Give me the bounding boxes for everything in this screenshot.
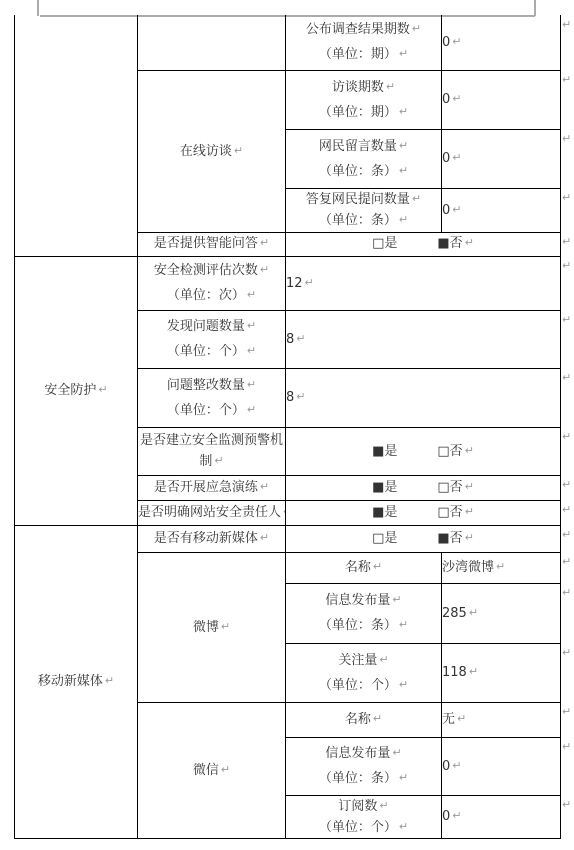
- paragraph-mark: ↵: [379, 799, 388, 812]
- paragraph-mark: ↵: [465, 531, 474, 544]
- field-label-cell: 名称↵: [286, 702, 442, 737]
- field-label: 信息发布量↵: [286, 588, 441, 613]
- field-unit: （单位：个）↵: [286, 673, 441, 698]
- paragraph-mark: ↵: [247, 319, 256, 332]
- field-label: 访谈期数↵: [286, 75, 441, 100]
- paragraph-mark: ↵: [452, 759, 461, 772]
- field-label: 是否开展应急演练↵: [154, 480, 269, 495]
- field-label: 是否有移动新媒体↵: [154, 531, 269, 546]
- field-unit: （单位：期）↵: [286, 42, 441, 67]
- field-label-cell: 是否建立安全监测预警机制↵: [138, 427, 286, 475]
- paragraph-mark: ↵: [496, 560, 505, 573]
- row-end-mark: ↵: [562, 740, 571, 753]
- value-text: 无↵: [442, 707, 560, 732]
- group-label: 微信↵: [138, 758, 285, 783]
- paragraph-mark: ↵: [452, 35, 461, 48]
- field-unit: （单位：个）↵: [286, 817, 441, 838]
- paragraph-mark: ↵: [452, 203, 461, 216]
- paragraph-mark: ↵: [247, 403, 256, 416]
- paragraph-mark: ↵: [399, 213, 408, 226]
- group-label: 在线访谈↵: [138, 139, 285, 164]
- paragraph-mark: ↵: [465, 444, 474, 457]
- field-label: 是否明确网站安全责任人↵: [138, 505, 286, 520]
- paragraph-mark: ↵: [296, 390, 305, 403]
- paragraph-mark: ↵: [465, 505, 474, 518]
- field-label-cell: 是否提供智能问答↵: [138, 232, 286, 256]
- checkbox-no: □否↵: [437, 505, 474, 520]
- paragraph-mark: ↵: [305, 276, 314, 289]
- table-row: 移动新媒体↵ 是否有移动新媒体↵ □是■否↵: [15, 525, 561, 552]
- paragraph-mark: ↵: [373, 560, 382, 573]
- row-end-mark: ↵: [562, 73, 571, 86]
- paragraph-mark: ↵: [399, 164, 408, 177]
- paragraph-mark: ↵: [98, 383, 107, 396]
- field-label-cell: 是否有移动新媒体↵: [138, 525, 286, 552]
- table-row: 安全防护↵ 安全检测评估次数↵ （单位：次）↵ 12↵: [15, 256, 561, 310]
- category-cell-mobile-media: 移动新媒体↵: [15, 525, 138, 838]
- value-cell: 无↵: [442, 702, 561, 737]
- value-text: 0↵: [442, 806, 560, 827]
- paragraph-mark: ↵: [296, 332, 305, 345]
- field-label: 名称↵: [345, 560, 382, 575]
- row-end-mark: ↵: [562, 18, 571, 31]
- value-cell: 0↵: [442, 15, 561, 70]
- checkbox-yes: ■是: [372, 480, 397, 495]
- value-text: 0↵: [442, 87, 560, 112]
- paragraph-mark: ↵: [465, 236, 474, 249]
- paragraph-mark: ↵: [469, 606, 478, 619]
- field-label-cell: 公布调查结果期数↵ （单位：期）↵: [286, 15, 442, 70]
- value-cell: 0↵: [442, 129, 561, 188]
- paragraph-mark: ↵: [399, 105, 408, 118]
- value-text: 285↵: [442, 601, 560, 626]
- value-text: 0↵: [442, 200, 560, 221]
- checkbox-no: □否↵: [437, 444, 474, 459]
- field-unit: （单位：次）↵: [138, 283, 285, 308]
- checkbox-cell: □是■否↵: [286, 525, 561, 552]
- field-unit: （单位：条）↵: [286, 766, 441, 791]
- group-cell-online-interview: 在线访谈↵: [138, 70, 286, 232]
- group-cell-empty: [138, 15, 286, 70]
- checkbox-cell: ■是□否↵: [286, 500, 561, 525]
- margin-crop-mark-left: [37, 0, 39, 16]
- row-end-mark: ↵: [562, 555, 571, 568]
- field-label: 关注量↵: [286, 648, 441, 673]
- paragraph-mark: ↵: [221, 763, 230, 776]
- paragraph-mark: ↵: [260, 263, 269, 276]
- paragraph-mark: ↵: [469, 665, 478, 678]
- paragraph-mark: ↵: [234, 144, 243, 157]
- value-cell: 8↵: [286, 310, 561, 368]
- value-text: 8↵: [286, 327, 560, 352]
- field-label: 答复网民提问数量↵: [286, 189, 441, 210]
- paragraph-mark: ↵: [452, 92, 461, 105]
- paragraph-mark: ↵: [399, 139, 408, 152]
- row-end-mark: ↵: [562, 646, 571, 659]
- field-unit: （单位：条）↵: [286, 210, 441, 231]
- row-end-mark: ↵: [562, 798, 571, 811]
- field-unit: （单位：个）↵: [138, 339, 285, 364]
- table-row: 公布调查结果期数↵ （单位：期）↵ 0↵: [15, 15, 561, 70]
- value-cell: 12↵: [286, 256, 561, 310]
- paragraph-mark: ↵: [412, 22, 421, 35]
- field-label-cell: 订阅数↵ （单位：个）↵: [286, 795, 442, 838]
- category-label: 移动新媒体↵: [15, 672, 137, 692]
- paragraph-mark: ↵: [247, 288, 256, 301]
- value-text: 沙湾微博↵: [442, 555, 560, 580]
- row-end-mark: ↵: [562, 313, 571, 326]
- field-unit: （单位：条）↵: [286, 159, 441, 184]
- paragraph-mark: ↵: [452, 809, 461, 822]
- paragraph-mark: ↵: [392, 746, 401, 759]
- field-label: 是否提供智能问答↵: [154, 236, 269, 251]
- row-end-mark: ↵: [562, 430, 571, 443]
- field-label: 安全检测评估次数↵: [138, 258, 285, 283]
- row-end-mark: ↵: [562, 191, 571, 204]
- checkbox-cell: □是■否↵: [286, 232, 561, 256]
- paragraph-mark: ↵: [465, 480, 474, 493]
- category-label: 安全防护↵: [15, 378, 137, 403]
- checkbox-yes: □是: [372, 531, 397, 546]
- paragraph-mark: ↵: [247, 344, 256, 357]
- paragraph-mark: ↵: [260, 236, 269, 249]
- paragraph-mark: ↵: [399, 618, 408, 631]
- value-text: 0↵: [442, 754, 560, 779]
- paragraph-mark: ↵: [452, 151, 461, 164]
- group-cell-wechat: 微信↵: [138, 702, 286, 838]
- paragraph-mark: ↵: [399, 678, 408, 691]
- paragraph-mark: ↵: [399, 771, 408, 784]
- paragraph-mark: ↵: [247, 378, 256, 391]
- field-label: 网民留言数量↵: [286, 134, 441, 159]
- checkbox-yes: ■是: [372, 505, 397, 520]
- field-label-cell: 是否明确网站安全责任人↵: [138, 500, 286, 525]
- field-label: 公布调查结果期数↵: [286, 17, 441, 42]
- field-unit: （单位：条）↵: [286, 613, 441, 638]
- report-table: 公布调查结果期数↵ （单位：期）↵ 0↵ 在线访谈↵ 访谈期数↵ （单位：期）↵…: [14, 15, 561, 839]
- paragraph-mark: ↵: [399, 47, 408, 60]
- row-end-mark: ↵: [562, 371, 571, 384]
- field-label-cell: 名称↵: [286, 552, 442, 583]
- value-cell: 0↵: [442, 795, 561, 838]
- field-label: 订阅数↵: [286, 796, 441, 817]
- row-end-mark: ↵: [562, 235, 571, 248]
- paragraph-mark: ↵: [379, 653, 388, 666]
- value-cell: 285↵: [442, 583, 561, 643]
- paragraph-mark: ↵: [386, 80, 395, 93]
- value-cell: 0↵: [442, 70, 561, 129]
- paragraph-mark: ↵: [392, 593, 401, 606]
- paragraph-mark: ↵: [260, 531, 269, 544]
- paragraph-mark: ↵: [214, 454, 223, 467]
- checkbox-no: ■否↵: [437, 531, 474, 546]
- field-label-cell: 安全检测评估次数↵ （单位：次）↵: [138, 256, 286, 310]
- value-text: 118↵: [442, 660, 560, 685]
- field-label: 是否建立安全监测预警机制↵: [140, 433, 283, 469]
- row-end-mark: ↵: [562, 586, 571, 599]
- paragraph-mark: ↵: [373, 712, 382, 725]
- value-text: 0↵: [442, 30, 560, 55]
- checkbox-cell: ■是□否↵: [286, 427, 561, 475]
- value-text: 8↵: [286, 385, 560, 410]
- field-label-cell: 信息发布量↵ （单位：条）↵: [286, 583, 442, 643]
- field-unit: （单位：期）↵: [286, 100, 441, 125]
- field-label-cell: 是否开展应急演练↵: [138, 475, 286, 500]
- field-label: 发现问题数量↵: [138, 314, 285, 339]
- checkbox-no: □否↵: [437, 480, 474, 495]
- row-end-mark: ↵: [562, 705, 571, 718]
- field-label-cell: 问题整改数量↵ （单位：个）↵: [138, 368, 286, 427]
- category-cell-previous-section: [15, 15, 138, 256]
- field-label-cell: 信息发布量↵ （单位：条）↵: [286, 737, 442, 795]
- checkbox-no: ■否↵: [437, 236, 474, 251]
- value-text: 0↵: [442, 146, 560, 171]
- value-text: 12↵: [286, 271, 560, 296]
- field-label-cell: 网民留言数量↵ （单位：条）↵: [286, 129, 442, 188]
- paragraph-mark: ↵: [221, 620, 230, 633]
- row-end-mark: ↵: [562, 528, 571, 541]
- document-page: 公布调查结果期数↵ （单位：期）↵ 0↵ 在线访谈↵ 访谈期数↵ （单位：期）↵…: [0, 0, 574, 850]
- paragraph-mark: ↵: [412, 192, 421, 205]
- value-cell: 0↵: [442, 737, 561, 795]
- field-label: 名称↵: [345, 712, 382, 727]
- checkbox-cell: ■是□否↵: [286, 475, 561, 500]
- field-label: 问题整改数量↵: [138, 373, 285, 398]
- field-unit: （单位：个）↵: [138, 398, 285, 423]
- value-cell: 沙湾微博↵: [442, 552, 561, 583]
- margin-crop-mark-right: [534, 0, 536, 16]
- checkbox-yes: □是: [372, 236, 397, 251]
- paragraph-mark: ↵: [457, 712, 466, 725]
- group-cell-weibo: 微博↵: [138, 552, 286, 702]
- paragraph-mark: ↵: [399, 820, 408, 833]
- paragraph-mark: ↵: [105, 674, 114, 687]
- row-end-mark: ↵: [562, 259, 571, 272]
- row-end-mark: ↵: [562, 132, 571, 145]
- field-label-cell: 关注量↵ （单位：个）↵: [286, 643, 442, 702]
- category-cell-security: 安全防护↵: [15, 256, 138, 525]
- paragraph-mark: ↵: [260, 480, 269, 493]
- group-label: 微博↵: [138, 615, 285, 640]
- value-cell: 118↵: [442, 643, 561, 702]
- field-label-cell: 答复网民提问数量↵ （单位：条）↵: [286, 188, 442, 232]
- value-cell: 8↵: [286, 368, 561, 427]
- checkbox-yes: ■是: [372, 444, 397, 459]
- row-end-mark: ↵: [562, 478, 571, 491]
- field-label-cell: 访谈期数↵ （单位：期）↵: [286, 70, 442, 129]
- field-label: 信息发布量↵: [286, 741, 441, 766]
- field-label-cell: 发现问题数量↵ （单位：个）↵: [138, 310, 286, 368]
- value-cell: 0↵: [442, 188, 561, 232]
- row-end-mark: ↵: [562, 503, 571, 516]
